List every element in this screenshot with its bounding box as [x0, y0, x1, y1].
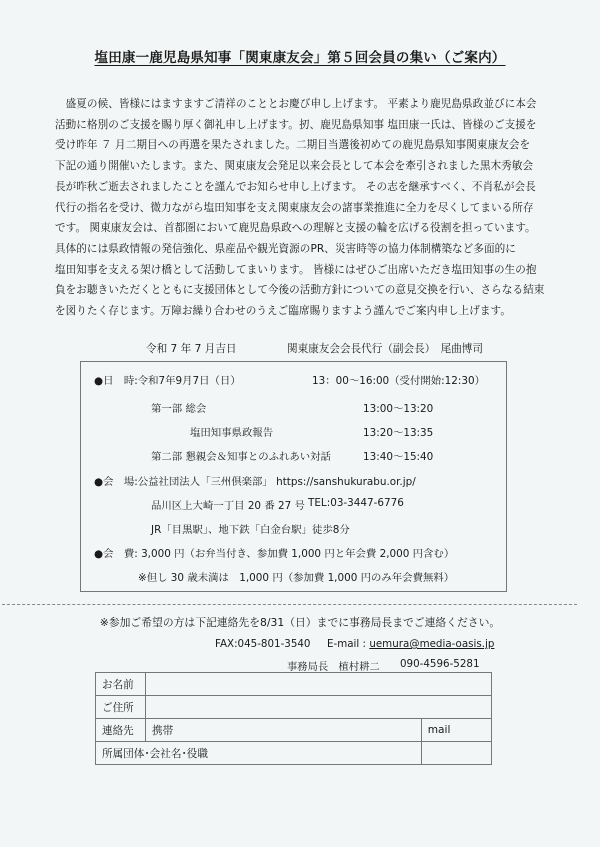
program-item-2: 塩田知事県政報告 — [190, 424, 273, 439]
program-time-3: 13:40～15:40 — [363, 448, 433, 463]
secretary-phone: 090-4596-5281 — [400, 658, 480, 670]
datetime-label: ●日 時: — [94, 375, 138, 387]
venue-label: ●会 場: — [94, 476, 138, 488]
mail-field[interactable]: mail — [421, 719, 491, 742]
document-page: 塩田康一鹿児島県知事「関東康友会」第５回会員の集い（ご案内） 盛夏の候、皆様には… — [0, 0, 600, 847]
body-line: を図りたく存じます。万障お繰り合わせのうえご臨席賜りますよう謹んでご案内申し上げ… — [55, 301, 555, 322]
address-field[interactable] — [146, 696, 492, 719]
body-line: 代行の指名を受け、微力ながら塩田知事を支え関東康友会の諸事業推進に全力を尽くして… — [55, 198, 555, 219]
fee-amount: 3,000 円（お弁当付き、参加費 1,000 円と年会費 2,000 円含む） — [141, 548, 454, 560]
venue-address: 品川区上大崎一丁目 20 番 27 号 — [151, 497, 305, 512]
registration-form: お名前 ご住所 連絡先 携帯 mail 所属団体･会社名･役職 — [95, 672, 492, 765]
body-line: 下記の通り開催いたします。また、関東康友会発足以来会長として本会を牽引されました… — [55, 156, 555, 177]
rsvp-notice: ※参加ご希望の方は下記連絡先を8/31（日）までに事務局長までご連絡ください。 — [0, 615, 600, 630]
contact-label: 連絡先 — [96, 719, 146, 742]
fee-note: ※但し 30 歳未満は 1,000 円（参加費 1,000 円のみ年会費無料） — [138, 569, 454, 584]
datetime-row: ●日 時:令和7年9月7日（日） — [94, 372, 241, 387]
venue-tel: TEL:03-3447-6776 — [308, 497, 404, 509]
form-row-contact: 連絡先 携帯 mail — [96, 719, 492, 742]
program-time-2: 13:20～13:35 — [363, 424, 433, 439]
fee-row: ●会 費: 3,000 円（お弁当付き、参加費 1,000 円と年会費 2,00… — [94, 545, 454, 560]
greeting-body: 盛夏の候、皆様にはますますご清祥のこととお慶び申し上げます。 平素より鹿児島県政… — [55, 94, 555, 322]
body-line: 具体的には県政情報の発信強化、県産品や観光資源のPR、災害時等の協力体制構築など… — [55, 239, 555, 260]
event-date: 令和7年9月7日（日） — [138, 375, 241, 387]
email-label: E-mail : — [327, 638, 369, 650]
event-details-box: ●日 時:令和7年9月7日（日） 13：00～16:00（受付開始:12:30）… — [80, 361, 507, 592]
program-time-1: 13:00～13:20 — [363, 400, 433, 415]
form-row-name: お名前 — [96, 673, 492, 696]
venue-access: JR「目黒駅」、地下鉄「白金台駅」徒歩8分 — [151, 521, 350, 536]
email-link[interactable]: uemura@media-oasis.jp — [369, 638, 494, 650]
affiliation-label: 所属団体･会社名･役職 — [96, 742, 422, 765]
sender-signature: 関東康友会会長代行（副会長） 尾曲博司 — [287, 341, 483, 356]
venue-name: 公益社団法人「三州倶楽部」 — [138, 476, 273, 488]
body-line: 負をお聴きいただくとともに支援団体として今後の活動方針についての意見交換を行い、… — [55, 280, 555, 301]
event-time: 13：00～16:00（受付開始:12:30） — [312, 372, 485, 387]
fee-label: ●会 費: — [94, 548, 138, 560]
form-row-address: ご住所 — [96, 696, 492, 719]
program-part-1: 第一部 総会 — [151, 400, 206, 415]
form-row-affiliation: 所属団体･会社名･役職 — [96, 742, 492, 765]
venue-url[interactable]: https://sanshukurabu.or.jp/ — [276, 476, 416, 488]
document-title: 塩田康一鹿児島県知事「関東康友会」第５回会員の集い（ご案内） — [0, 46, 600, 66]
email-line: E-mail : uemura@media-oasis.jp — [327, 638, 494, 650]
body-line: です。 関東康友会は、首都圏において鹿児島県政への理解と支援の輪を広げる役割を担… — [55, 218, 555, 239]
cut-line-divider — [2, 604, 577, 605]
name-label: お名前 — [96, 673, 146, 696]
secretary-name: 事務局長 植村耕二 — [287, 658, 380, 673]
body-line: 盛夏の候、皆様にはますますご清祥のこととお慶び申し上げます。 平素より鹿児島県政… — [55, 94, 555, 115]
mobile-field[interactable]: 携帯 — [146, 719, 422, 742]
affiliation-field[interactable] — [421, 742, 491, 765]
fax-number: FAX:045-801-3540 — [215, 638, 311, 650]
body-line: 塩田知事を支える架け橋として活動してまいります。 皆様にはぜひご出席いただき塩田… — [55, 260, 555, 281]
name-field[interactable] — [146, 673, 492, 696]
venue-row: ●会 場:公益社団法人「三州倶楽部」 https://sanshukurabu.… — [94, 473, 416, 488]
body-line: 長が昨秋ご逝去されましたことを謹んでお知らせ申し上げます。 その志を継承すべく、… — [55, 177, 555, 198]
body-line: 受け昨年 ７ 月二期目への再選を果たされました。二期目当選後初めての鹿児島県知事… — [55, 135, 555, 156]
address-label: ご住所 — [96, 696, 146, 719]
body-line: 活動に格別のご支援を賜り厚く御礼申し上げます。扨、鹿児島県知事 塩田康一氏は、皆… — [55, 115, 555, 136]
program-part-2: 第二部 懇親会＆知事とのふれあい対話 — [151, 448, 331, 463]
issue-date: 令和 7 年 7 月吉日 — [146, 341, 237, 356]
